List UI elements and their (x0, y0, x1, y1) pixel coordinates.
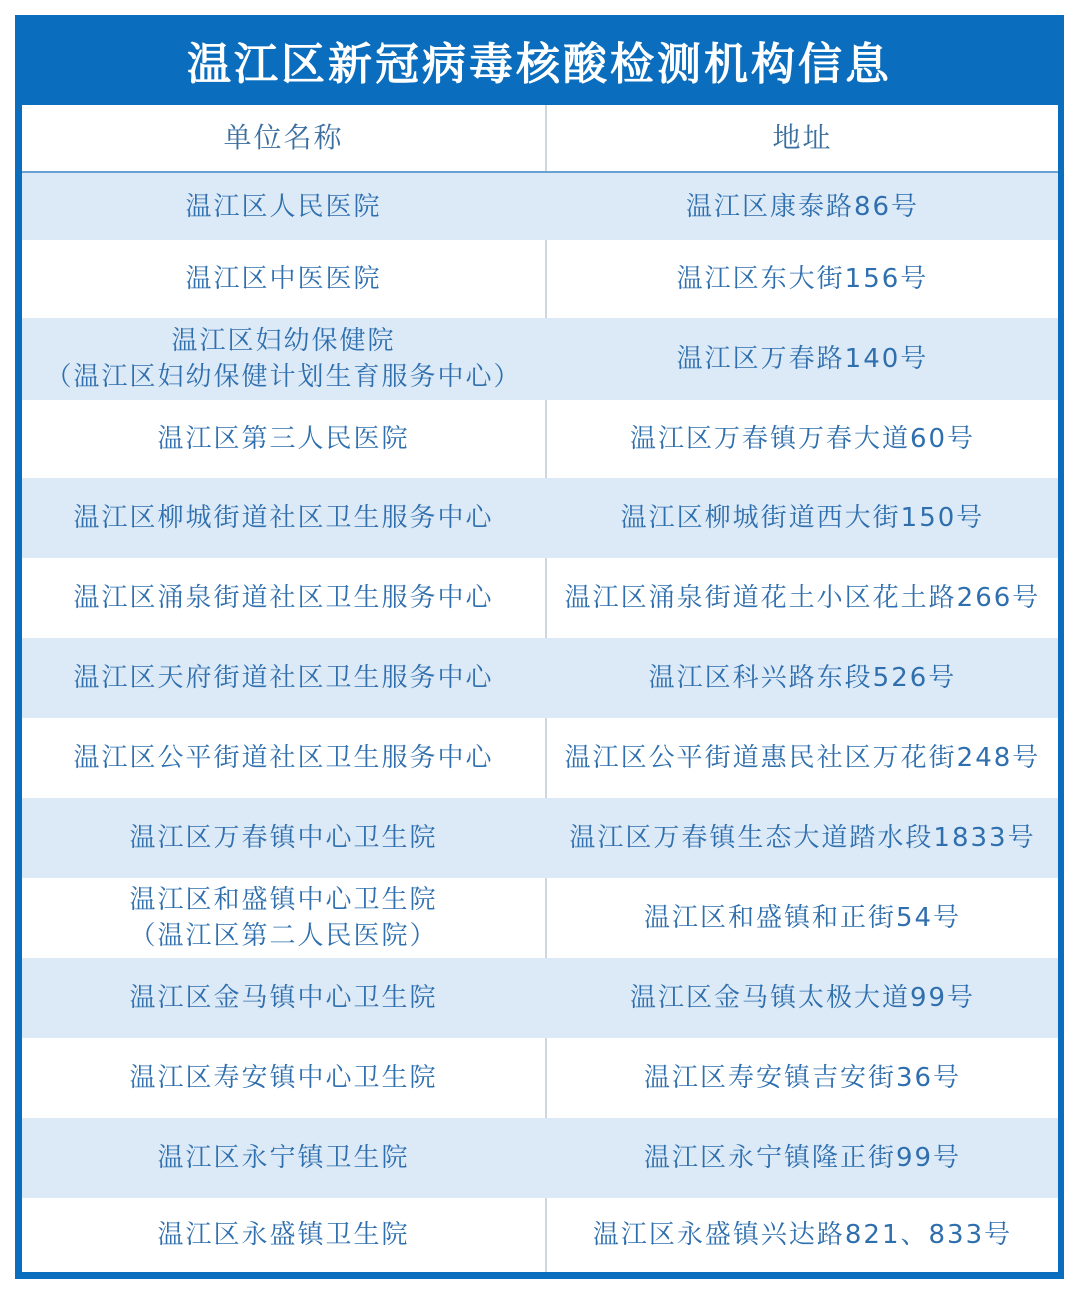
institution-address: 温江区万春镇万春大道60号 (547, 400, 1058, 478)
institution-address: 温江区万春路140号 (547, 318, 1058, 400)
table-row: 温江区天府街道社区卫生服务中心 温江区科兴路东段526号 (22, 638, 1058, 718)
table-row: 温江区和盛镇中心卫生院 （温江区第二人民医院） 温江区和盛镇和正街54号 (22, 878, 1058, 958)
table-row: 温江区人民医院 温江区康泰路86号 (22, 173, 1058, 240)
institution-address: 温江区柳城街道西大街150号 (547, 478, 1058, 558)
institution-name: 温江区第三人民医院 (22, 400, 547, 478)
institutions-table: 单位名称 地址 温江区人民医院 温江区康泰路86号 温江区中医医院 温江区东大街… (22, 105, 1058, 1272)
institution-address: 温江区公平街道惠民社区万花街248号 (547, 718, 1058, 798)
institution-name: 温江区柳城街道社区卫生服务中心 (22, 478, 547, 558)
table-row: 温江区涌泉街道社区卫生服务中心 温江区涌泉街道花土小区花土路266号 (22, 558, 1058, 638)
institution-address: 温江区科兴路东段526号 (547, 638, 1058, 718)
table-row: 温江区永宁镇卫生院 温江区永宁镇隆正街99号 (22, 1118, 1058, 1198)
institution-name: 温江区人民医院 (22, 173, 547, 240)
table-header-row: 单位名称 地址 (22, 105, 1058, 173)
page-title: 温江区新冠病毒核酸检测机构信息 (187, 28, 892, 92)
institution-address: 温江区永宁镇隆正街99号 (547, 1118, 1058, 1198)
institution-name: 温江区和盛镇中心卫生院 （温江区第二人民医院） (22, 878, 547, 958)
institution-name: 温江区金马镇中心卫生院 (22, 958, 547, 1038)
column-header-name: 单位名称 (22, 105, 547, 171)
institution-address: 温江区寿安镇吉安街36号 (547, 1038, 1058, 1118)
table-row: 温江区永盛镇卫生院 温江区永盛镇兴达路821、833号 (22, 1198, 1058, 1272)
table-row: 温江区中医医院 温江区东大街156号 (22, 240, 1058, 318)
institution-address: 温江区东大街156号 (547, 240, 1058, 318)
institution-address: 温江区永盛镇兴达路821、833号 (547, 1198, 1058, 1272)
institution-name: 温江区永盛镇卫生院 (22, 1198, 547, 1272)
table-row: 温江区妇幼保健院 （温江区妇幼保健计划生育服务中心） 温江区万春路140号 (22, 318, 1058, 400)
institution-address: 温江区和盛镇和正街54号 (547, 878, 1058, 958)
table-row: 温江区公平街道社区卫生服务中心 温江区公平街道惠民社区万花街248号 (22, 718, 1058, 798)
institution-name: 温江区中医医院 (22, 240, 547, 318)
institution-name: 温江区寿安镇中心卫生院 (22, 1038, 547, 1118)
institution-name: 温江区天府街道社区卫生服务中心 (22, 638, 547, 718)
institution-name: 温江区永宁镇卫生院 (22, 1118, 547, 1198)
institution-address: 温江区涌泉街道花土小区花土路266号 (547, 558, 1058, 638)
table-row: 温江区寿安镇中心卫生院 温江区寿安镇吉安街36号 (22, 1038, 1058, 1118)
table-row: 温江区第三人民医院 温江区万春镇万春大道60号 (22, 400, 1058, 478)
table-frame: 温江区新冠病毒核酸检测机构信息 单位名称 地址 温江区人民医院 温江区康泰路86… (15, 15, 1064, 1279)
table-row: 温江区柳城街道社区卫生服务中心 温江区柳城街道西大街150号 (22, 478, 1058, 558)
institution-address: 温江区康泰路86号 (547, 173, 1058, 240)
institution-name: 温江区万春镇中心卫生院 (22, 798, 547, 878)
institution-address: 温江区万春镇生态大道踏水段1833号 (547, 798, 1058, 878)
title-bar: 温江区新冠病毒核酸检测机构信息 (15, 15, 1064, 105)
institution-address: 温江区金马镇太极大道99号 (547, 958, 1058, 1038)
column-header-address: 地址 (547, 105, 1058, 171)
table-row: 温江区金马镇中心卫生院 温江区金马镇太极大道99号 (22, 958, 1058, 1038)
institution-name: 温江区公平街道社区卫生服务中心 (22, 718, 547, 798)
institution-name: 温江区涌泉街道社区卫生服务中心 (22, 558, 547, 638)
table-row: 温江区万春镇中心卫生院 温江区万春镇生态大道踏水段1833号 (22, 798, 1058, 878)
institution-name: 温江区妇幼保健院 （温江区妇幼保健计划生育服务中心） (22, 318, 547, 400)
